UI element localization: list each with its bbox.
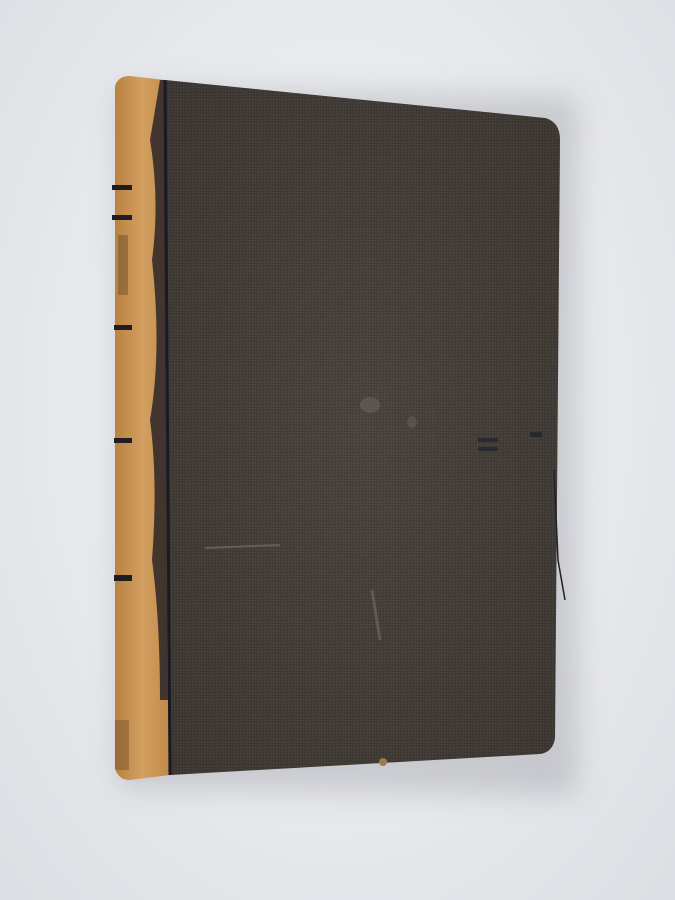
spine-band bbox=[112, 215, 132, 220]
book-illustration bbox=[0, 0, 675, 900]
front-cover bbox=[165, 80, 565, 775]
spine bbox=[112, 76, 170, 780]
spine-band bbox=[114, 438, 132, 443]
spine-band bbox=[112, 185, 132, 190]
spine-band bbox=[114, 575, 132, 581]
book bbox=[0, 0, 675, 900]
spine-band bbox=[114, 325, 132, 330]
